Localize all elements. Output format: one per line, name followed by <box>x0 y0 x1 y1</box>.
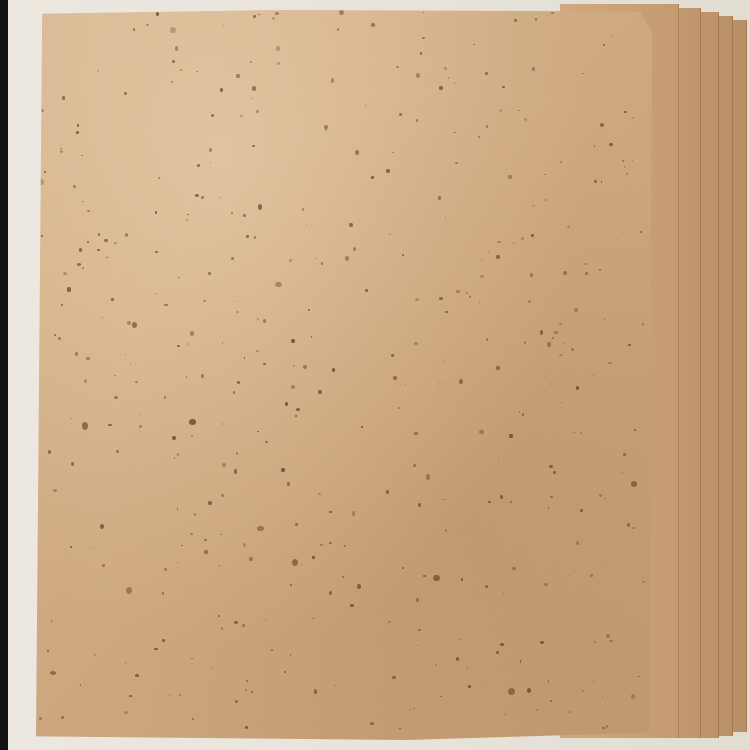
fiber-speck <box>291 385 295 389</box>
fiber-speck <box>548 507 549 508</box>
fiber-speck <box>478 136 480 138</box>
fiber-speck <box>518 110 520 112</box>
fiber-speck <box>426 474 430 479</box>
fiber-speck <box>535 18 537 20</box>
fiber-speck <box>569 711 572 713</box>
fiber-speck <box>355 150 359 155</box>
fiber-speck <box>234 469 237 473</box>
fiber-speck <box>631 481 636 487</box>
fiber-speck <box>221 494 224 497</box>
fiber-speck <box>536 709 539 711</box>
fiber-speck <box>485 72 489 75</box>
fiber-speck <box>60 150 63 153</box>
fiber-speck <box>130 364 131 365</box>
fiber-speck <box>361 426 363 427</box>
fiber-speck <box>90 548 92 550</box>
fiber-speck <box>246 235 249 238</box>
fiber-speck <box>102 564 105 567</box>
fiber-speck <box>243 543 246 547</box>
fiber-speck <box>186 585 187 586</box>
fiber-speck <box>287 482 290 486</box>
fiber-speck <box>223 25 224 26</box>
fiber-speck <box>204 539 207 541</box>
fiber-speck <box>222 463 226 467</box>
fiber-speck <box>445 217 446 218</box>
fiber-speck <box>603 44 605 47</box>
left-edge-strip <box>0 0 8 750</box>
fiber-speck <box>331 78 334 83</box>
fiber-speck <box>124 711 128 714</box>
fiber-speck <box>416 119 419 122</box>
fiber-speck <box>594 180 598 184</box>
fiber-speck <box>51 620 52 621</box>
fiber-speck <box>631 694 635 699</box>
fiber-speck <box>125 662 127 664</box>
fiber-speck <box>510 501 513 503</box>
fiber-speck <box>221 627 223 630</box>
fiber-speck <box>308 309 310 311</box>
fiber-speck <box>263 363 266 366</box>
fiber-speck <box>486 125 489 128</box>
fiber-speck <box>420 52 422 55</box>
fiber-speck <box>146 24 149 26</box>
fiber-speck <box>114 375 116 376</box>
fiber-speck <box>544 583 548 586</box>
fiber-speck <box>540 330 543 334</box>
fiber-speck <box>82 201 84 202</box>
fiber-speck <box>630 334 631 335</box>
fiber-speck <box>500 495 504 499</box>
fiber-speck <box>318 493 322 496</box>
fiber-speck <box>125 233 128 237</box>
fiber-speck <box>423 575 425 577</box>
fiber-speck <box>126 587 132 594</box>
fiber-speck <box>626 173 628 175</box>
fiber-speck <box>398 407 400 410</box>
fiber-speck <box>563 271 567 275</box>
fiber-speck <box>314 689 318 694</box>
fiber-speck <box>344 545 346 548</box>
fiber-speck <box>236 311 239 313</box>
fiber-speck <box>192 718 194 720</box>
fiber-speck <box>439 383 441 385</box>
fiber-speck <box>293 365 295 367</box>
fiber-speck <box>195 194 199 197</box>
fiber-speck <box>61 304 63 306</box>
fiber-speck <box>456 290 460 294</box>
fiber-speck <box>628 344 630 346</box>
fiber-speck <box>177 345 179 347</box>
fiber-speck <box>389 234 391 236</box>
fiber-speck <box>164 304 168 307</box>
fiber-speck <box>414 342 418 345</box>
fiber-speck <box>263 319 266 323</box>
fiber-speck <box>246 680 248 682</box>
fiber-speck <box>396 66 399 69</box>
fiber-speck <box>402 567 404 569</box>
fiber-speck <box>365 289 368 291</box>
fiber-speck <box>177 508 179 510</box>
fiber-speck <box>234 301 235 302</box>
fiber-speck <box>140 414 141 415</box>
fiber-speck <box>160 612 162 613</box>
fiber-speck <box>544 174 546 175</box>
fiber-speck <box>312 618 314 619</box>
fiber-speck <box>291 339 295 343</box>
fiber-speck <box>242 624 245 627</box>
fiber-speck <box>410 709 411 710</box>
fiber-speck <box>350 604 354 607</box>
fiber-speck <box>73 185 76 189</box>
fiber-speck <box>125 354 126 355</box>
fiber-speck <box>133 28 135 31</box>
fiber-speck <box>443 499 445 500</box>
fiber-speck <box>469 296 470 298</box>
fiber-speck <box>527 688 531 693</box>
fiber-speck <box>473 44 474 45</box>
fiber-speck <box>41 109 44 112</box>
fiber-speck <box>532 67 535 71</box>
fiber-speck <box>508 175 511 179</box>
fiber-speck <box>371 23 375 27</box>
fiber-speck <box>321 262 324 264</box>
fiber-speck <box>231 257 234 260</box>
fiber-speck <box>439 297 442 299</box>
fiber-speck <box>342 576 344 577</box>
fiber-speck <box>399 728 401 729</box>
fiber-speck <box>574 432 575 433</box>
fiber-speck <box>234 621 238 624</box>
fiber-speck <box>222 342 224 344</box>
fiber-speck <box>127 321 131 324</box>
fiber-speck <box>496 366 499 370</box>
fiber-speck <box>63 272 67 275</box>
fiber-speck <box>209 148 212 152</box>
fiber-speck <box>561 402 563 403</box>
fiber-speck <box>79 248 82 252</box>
fiber-speck <box>638 676 640 677</box>
fiber-speck <box>257 318 259 320</box>
fiber-speck <box>175 46 179 51</box>
fiber-speck <box>108 424 112 426</box>
fiber-speck <box>559 323 562 325</box>
fiber-speck <box>75 352 79 356</box>
fiber-speck <box>201 374 205 378</box>
fiber-speck <box>311 336 313 338</box>
fiber-speck <box>531 234 534 237</box>
fiber-speck <box>524 118 527 121</box>
fiber-speck <box>329 591 332 595</box>
fiber-speck <box>551 12 553 14</box>
fiber-speck <box>190 331 194 336</box>
fiber-speck <box>233 391 235 394</box>
fiber-speck <box>445 311 448 313</box>
fiber-speck <box>520 660 522 662</box>
fiber-speck <box>609 143 612 146</box>
fiber-speck <box>171 81 173 83</box>
fiber-speck <box>191 435 193 437</box>
fiber-speck <box>289 259 293 262</box>
fiber-speck <box>337 28 339 31</box>
fiber-speck <box>497 241 501 244</box>
fiber-speck <box>162 639 165 642</box>
fiber-speck <box>39 717 41 720</box>
fiber-speck <box>609 640 613 643</box>
fiber-speck <box>604 318 605 320</box>
fiber-speck <box>219 197 220 198</box>
fiber-speck <box>306 224 307 225</box>
fiber-speck <box>435 664 438 667</box>
fiber-speck <box>370 722 374 725</box>
fiber-speck <box>488 251 490 252</box>
fiber-speck <box>455 162 458 164</box>
fiber-speck <box>77 263 81 266</box>
fiber-speck <box>444 67 447 70</box>
fiber-speck <box>97 70 100 73</box>
fiber-speck <box>155 293 157 295</box>
fiber-speck <box>155 211 157 213</box>
fiber-speck <box>98 233 100 236</box>
fiber-speck <box>624 111 627 113</box>
fiber-speck <box>514 19 517 22</box>
fiber-speck <box>627 523 630 527</box>
fiber-speck <box>580 509 582 512</box>
fiber-speck <box>277 62 280 65</box>
fiber-speck <box>132 322 137 327</box>
fiber-speck <box>82 267 84 269</box>
fiber-speck <box>316 258 317 259</box>
fiber-speck <box>481 259 483 261</box>
fiber-speck <box>548 680 550 682</box>
fiber-speck <box>295 523 297 526</box>
fiber-speck <box>580 432 582 434</box>
fiber-speck <box>231 212 234 214</box>
fiber-speck <box>97 249 100 252</box>
fiber-speck <box>479 301 480 302</box>
fiber-speck <box>325 128 328 131</box>
fiber-speck <box>220 534 222 536</box>
fiber-speck <box>345 256 349 260</box>
fiber-speck <box>329 542 332 544</box>
fiber-speck <box>624 166 626 168</box>
fiber-speck <box>237 381 240 384</box>
fiber-speck <box>257 431 260 433</box>
fiber-speck <box>84 379 87 383</box>
fiber-speck <box>642 581 646 584</box>
fiber-speck <box>576 541 579 545</box>
fiber-speck <box>235 700 238 703</box>
fiber-speck <box>601 181 603 183</box>
fiber-speck <box>201 196 204 199</box>
fiber-speck <box>135 381 138 383</box>
fiber-speck <box>532 205 535 207</box>
fiber-speck <box>553 471 556 474</box>
fiber-speck <box>568 575 569 576</box>
fiber-speck <box>560 161 562 163</box>
fiber-speck <box>190 533 193 536</box>
fiber-speck <box>251 691 253 693</box>
fiber-speck <box>191 658 192 660</box>
fiber-speck <box>208 501 211 505</box>
fiber-speck <box>245 726 248 729</box>
fiber-speck <box>422 37 424 39</box>
fiber-speck <box>244 357 245 358</box>
fiber-speck <box>413 464 416 467</box>
fiber-speck <box>353 247 356 251</box>
fiber-speck <box>240 115 243 117</box>
fiber-speck <box>302 208 304 211</box>
fiber-speck <box>496 255 499 260</box>
fiber-speck <box>211 667 212 668</box>
fiber-speck <box>290 654 292 656</box>
fiber-speck <box>249 557 252 561</box>
fiber-speck <box>440 696 442 697</box>
fiber-speck <box>129 695 132 697</box>
fiber-speck <box>186 219 189 221</box>
fiber-speck <box>218 615 221 617</box>
fiber-speck <box>632 527 635 529</box>
fiber-speck <box>256 110 260 114</box>
fiber-speck <box>71 462 74 466</box>
fiber-speck <box>640 231 642 233</box>
fiber-speck <box>504 714 506 715</box>
fiber-speck <box>454 132 455 133</box>
fiber-speck <box>599 269 602 271</box>
fiber-speck <box>172 436 176 440</box>
fiber-speck <box>576 386 579 390</box>
fiber-speck <box>58 337 62 340</box>
fiber-speck <box>243 214 246 217</box>
fiber-speck <box>456 657 459 661</box>
fiber-speck <box>594 641 596 643</box>
fiber-speck <box>584 263 587 265</box>
fiber-speck <box>332 368 335 372</box>
fiber-speck <box>236 74 239 77</box>
fiber-speck <box>610 36 611 37</box>
fiber-speck <box>567 226 570 229</box>
fiber-speck <box>256 350 259 352</box>
fiber-speck <box>177 562 178 563</box>
fiber-speck <box>551 383 552 384</box>
fiber-speck <box>245 689 247 691</box>
fiber-speck <box>257 526 263 531</box>
fiber-speck <box>512 567 516 570</box>
fiber-speck <box>574 308 578 312</box>
fiber-speck <box>181 545 183 546</box>
fiber-speck <box>318 390 322 394</box>
fiber-speck <box>502 86 505 88</box>
fiber-speck <box>265 441 268 443</box>
fiber-speck <box>196 71 198 73</box>
fiber-speck <box>50 671 56 675</box>
fiber-speck <box>606 634 610 639</box>
fiber-speck <box>617 238 619 240</box>
fiber-speck <box>417 645 419 646</box>
fiber-speck <box>416 73 420 77</box>
fiber-speck <box>459 639 461 640</box>
fiber-speck <box>571 348 575 351</box>
fiber-speck <box>438 196 441 200</box>
fiber-speck <box>71 418 72 419</box>
fiber-speck <box>54 334 56 336</box>
fiber-speck <box>272 17 275 20</box>
fiber-speck <box>254 236 256 239</box>
fiber-speck <box>599 494 602 497</box>
fiber-speck <box>124 92 128 95</box>
fiber-speck <box>608 362 612 364</box>
fiber-speck <box>642 323 644 326</box>
fiber-speck <box>281 468 285 473</box>
fiber-speck <box>521 237 524 240</box>
fiber-speck <box>245 588 246 589</box>
fiber-speck <box>392 152 394 154</box>
fiber-speck <box>284 671 287 673</box>
fiber-speck <box>86 357 90 360</box>
fiber-speck <box>593 374 594 375</box>
fiber-speck <box>204 550 208 554</box>
fiber-speck <box>265 619 266 620</box>
fiber-speck <box>582 73 584 75</box>
fiber-speck <box>170 27 175 33</box>
fiber-speck <box>252 145 255 147</box>
fiber-speck <box>632 160 633 161</box>
fiber-speck <box>47 650 49 652</box>
fiber-speck <box>549 465 553 469</box>
fiber-speck <box>67 287 70 292</box>
fiber-speck <box>177 453 179 456</box>
fiber-speck <box>519 411 520 413</box>
fiber-speck <box>82 422 89 430</box>
fiber-speck <box>180 69 183 71</box>
fiber-speck <box>486 681 487 682</box>
fiber-speck <box>329 511 333 513</box>
fiber-speck <box>386 169 390 173</box>
fiber-speck <box>547 342 551 347</box>
fiber-speck <box>509 434 513 439</box>
fiber-speck <box>357 584 361 589</box>
fiber-speck <box>602 696 603 697</box>
fiber-speck <box>402 254 404 256</box>
fiber-speck <box>339 10 344 15</box>
fiber-speck <box>513 242 514 243</box>
fiber-speck <box>164 568 167 571</box>
fiber-speck <box>500 643 503 646</box>
fiber-speck <box>41 235 44 237</box>
fiber-speck <box>444 361 445 362</box>
fiber-speck <box>349 223 352 227</box>
fiber-speck <box>559 354 562 356</box>
fiber-speck <box>524 341 527 344</box>
fiber-speck <box>459 379 464 384</box>
fiber-speck <box>439 86 443 90</box>
fiber-speck <box>399 113 401 116</box>
fiber-speck <box>252 86 256 90</box>
fiber-speck <box>211 114 214 118</box>
fiber-speck <box>213 125 214 126</box>
fiber-speck <box>219 565 221 567</box>
fiber-speck <box>593 681 594 682</box>
fiber-speck <box>550 700 552 702</box>
fiber-speck <box>169 694 171 695</box>
fiber-speck <box>634 429 636 432</box>
fiber-speck <box>445 529 447 532</box>
fiber-speck <box>590 574 593 577</box>
fiber-speck <box>62 96 65 99</box>
fiber-speck <box>498 460 499 461</box>
fiber-speck <box>285 402 288 406</box>
fiber-speck <box>87 241 89 243</box>
fiber-speck <box>500 109 502 112</box>
